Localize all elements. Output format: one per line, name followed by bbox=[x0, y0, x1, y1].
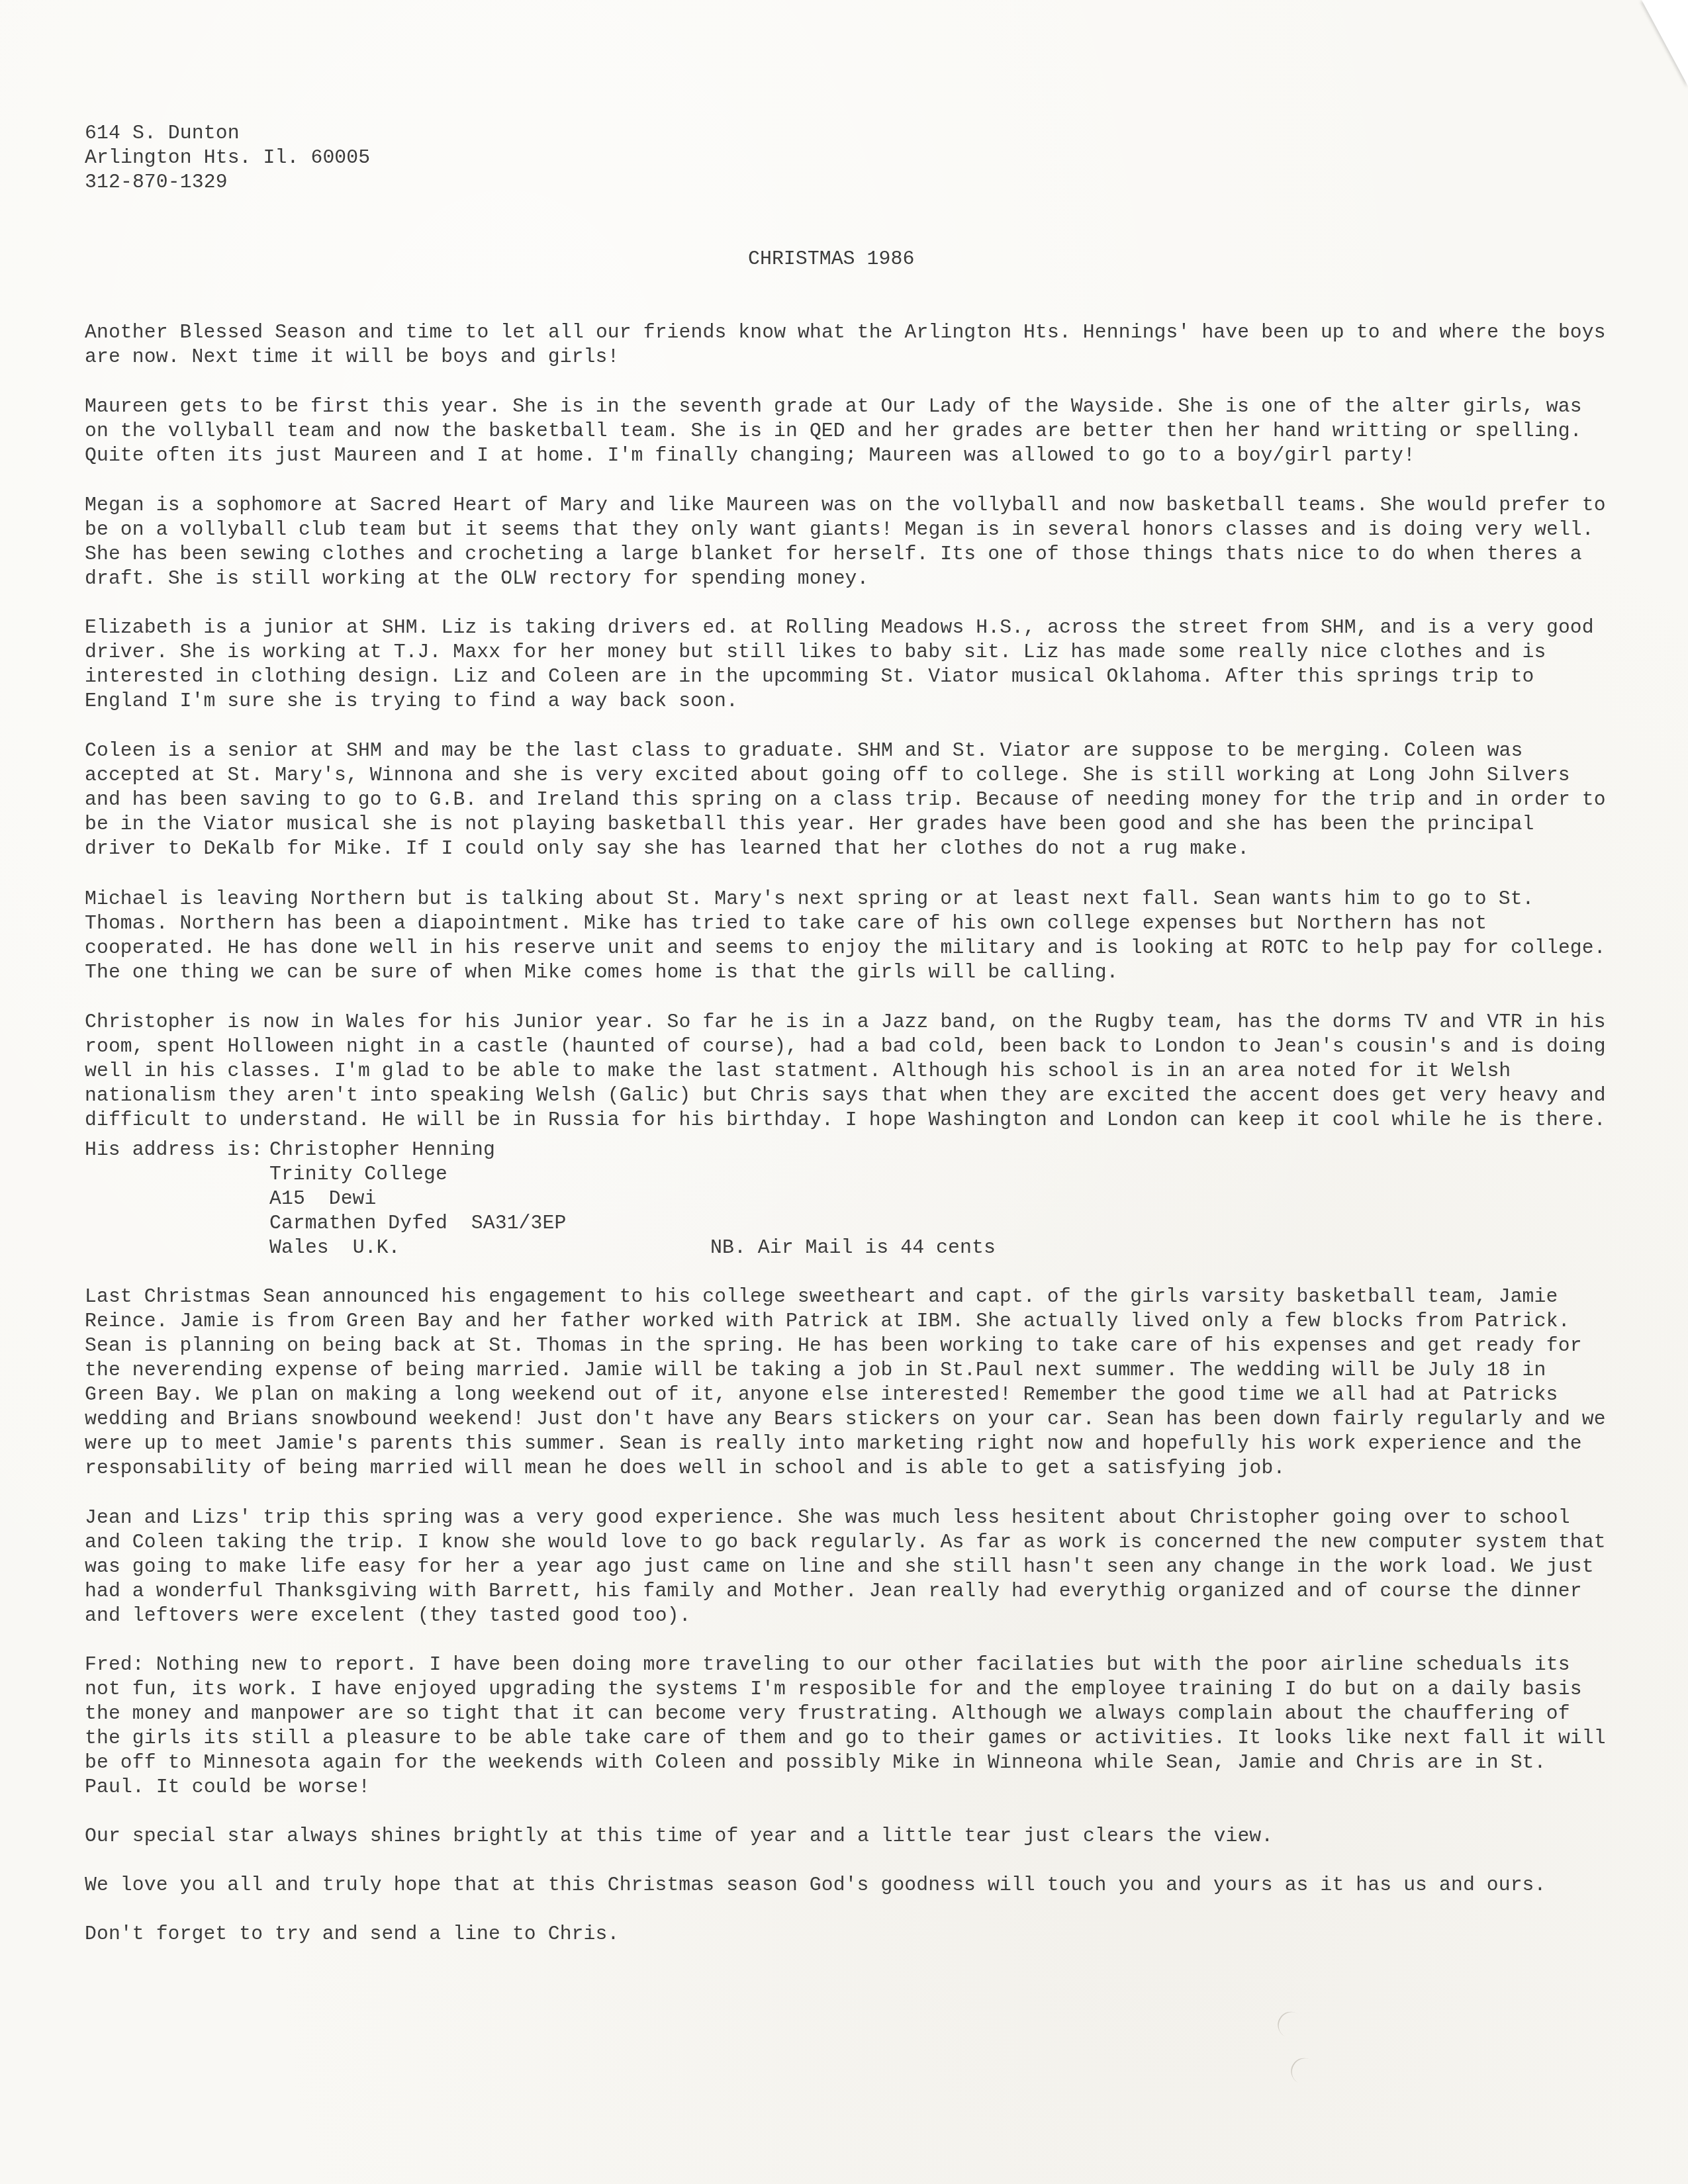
text-line: Don't forget to try and send a line to C… bbox=[85, 1923, 619, 1947]
text-line: was going to make life easy for her a ye… bbox=[85, 1555, 1594, 1580]
pen-mark bbox=[1273, 2007, 1310, 2044]
text-line: Maureen gets to be first this year. She … bbox=[85, 395, 1582, 420]
text-line: Paul. It could be worse! bbox=[85, 1776, 370, 1800]
text-line: Quite often its just Maureen and I at ho… bbox=[85, 444, 1415, 469]
text-line: be off to Minnesota again for the weeken… bbox=[85, 1751, 1546, 1776]
text-line: driver. She is working at T.J. Maxx for … bbox=[85, 641, 1546, 665]
text-line: responsability of being married will mea… bbox=[85, 1457, 1285, 1481]
text-line: the neverending expense of being married… bbox=[85, 1359, 1546, 1383]
text-line: difficult to understand. He will be in R… bbox=[85, 1109, 1606, 1133]
text-line: Elizabeth is a junior at SHM. Liz is tak… bbox=[85, 616, 1594, 641]
text-line: Reince. Jamie is from Green Bay and her … bbox=[85, 1310, 1570, 1334]
text-line: are now. Next time it will be boys and g… bbox=[85, 345, 619, 370]
text-line: Coleen is a senior at SHM and may be the… bbox=[85, 739, 1523, 764]
address-line: Carmathen Dyfed SA31/3EP bbox=[269, 1212, 566, 1236]
text-line: room, spent Holloween night in a castle … bbox=[85, 1035, 1606, 1060]
address-line: Christopher Henning bbox=[269, 1138, 495, 1163]
text-line: not fun, its work. I have enjoyed upgrad… bbox=[85, 1678, 1582, 1702]
text-line: Last Christmas Sean announced his engage… bbox=[85, 1285, 1558, 1310]
text-line: Christopher is now in Wales for his Juni… bbox=[85, 1011, 1606, 1035]
text-line: Jean and Lizs' trip this spring was a ve… bbox=[85, 1506, 1570, 1531]
text-line: be in the Viator musical she is not play… bbox=[85, 813, 1534, 837]
text-line: the money and manpower are so tight that… bbox=[85, 1702, 1570, 1727]
text-line: We love you all and truly hope that at t… bbox=[85, 1874, 1546, 1898]
text-line: draft. She is still working at the OLW r… bbox=[85, 567, 869, 592]
text-line: Thomas. Northern has been a diapointment… bbox=[85, 912, 1487, 936]
airmail-note: NB. Air Mail is 44 cents bbox=[710, 1236, 996, 1261]
text-line: and has been saving to go to G.B. and Ir… bbox=[85, 788, 1606, 813]
sender-city: Arlington Hts. Il. 60005 bbox=[85, 146, 370, 171]
sender-street: 614 S. Dunton bbox=[85, 122, 240, 146]
pen-mark bbox=[1286, 2053, 1323, 2090]
letter-page: 614 S. Dunton Arlington Hts. Il. 60005 3… bbox=[0, 0, 1688, 2184]
text-line: Fred: Nothing new to report. I have been… bbox=[85, 1653, 1570, 1678]
text-line: Sean is planning on being back at St. Th… bbox=[85, 1334, 1582, 1359]
text-line: nationalism they aren't into speaking We… bbox=[85, 1084, 1606, 1109]
text-line: Michael is leaving Northern but is talki… bbox=[85, 887, 1534, 912]
address-line: A15 Dewi bbox=[269, 1187, 376, 1212]
text-line: driver to DeKalb for Mike. If I could on… bbox=[85, 837, 1249, 862]
text-line: She has been sewing clothes and crocheti… bbox=[85, 543, 1582, 567]
text-line: Green Bay. We plan on making a long week… bbox=[85, 1383, 1558, 1408]
text-line: accepted at St. Mary's, Winnona and she … bbox=[85, 764, 1570, 788]
text-line: Megan is a sophomore at Sacred Heart of … bbox=[85, 494, 1606, 518]
text-line: and Coleen taking the trip. I know she w… bbox=[85, 1531, 1606, 1555]
text-line: Our special star always shines brightly … bbox=[85, 1825, 1273, 1849]
text-line: interested in clothing design. Liz and C… bbox=[85, 665, 1534, 690]
address-line: Trinity College bbox=[269, 1163, 447, 1187]
letter-title: CHRISTMAS 1986 bbox=[748, 248, 914, 272]
text-line: were up to meet Jamie's parents this sum… bbox=[85, 1432, 1582, 1457]
text-line: England I'm sure she is trying to find a… bbox=[85, 690, 738, 714]
folded-corner bbox=[1642, 0, 1688, 86]
text-line: and leftovers were excelent (they tasted… bbox=[85, 1604, 691, 1629]
text-line: the girls its still a pleasure to be abl… bbox=[85, 1727, 1606, 1751]
text-line: had a wonderful Thanksgiving with Barret… bbox=[85, 1580, 1582, 1604]
text-line: well in his classes. I'm glad to be able… bbox=[85, 1060, 1511, 1084]
sender-phone: 312-870-1329 bbox=[85, 171, 228, 195]
text-line: on the vollyball team and now the basket… bbox=[85, 420, 1582, 444]
address-line: Wales U.K. bbox=[269, 1236, 400, 1261]
text-line: cooperated. He has done well in his rese… bbox=[85, 936, 1606, 961]
address-label: His address is: bbox=[85, 1138, 263, 1163]
text-line: wedding and Brians snowbound weekend! Ju… bbox=[85, 1408, 1606, 1432]
text-line: Another Blessed Season and time to let a… bbox=[85, 321, 1606, 345]
text-line: be on a vollyball club team but it seems… bbox=[85, 518, 1594, 543]
text-line: The one thing we can be sure of when Mik… bbox=[85, 961, 1119, 985]
